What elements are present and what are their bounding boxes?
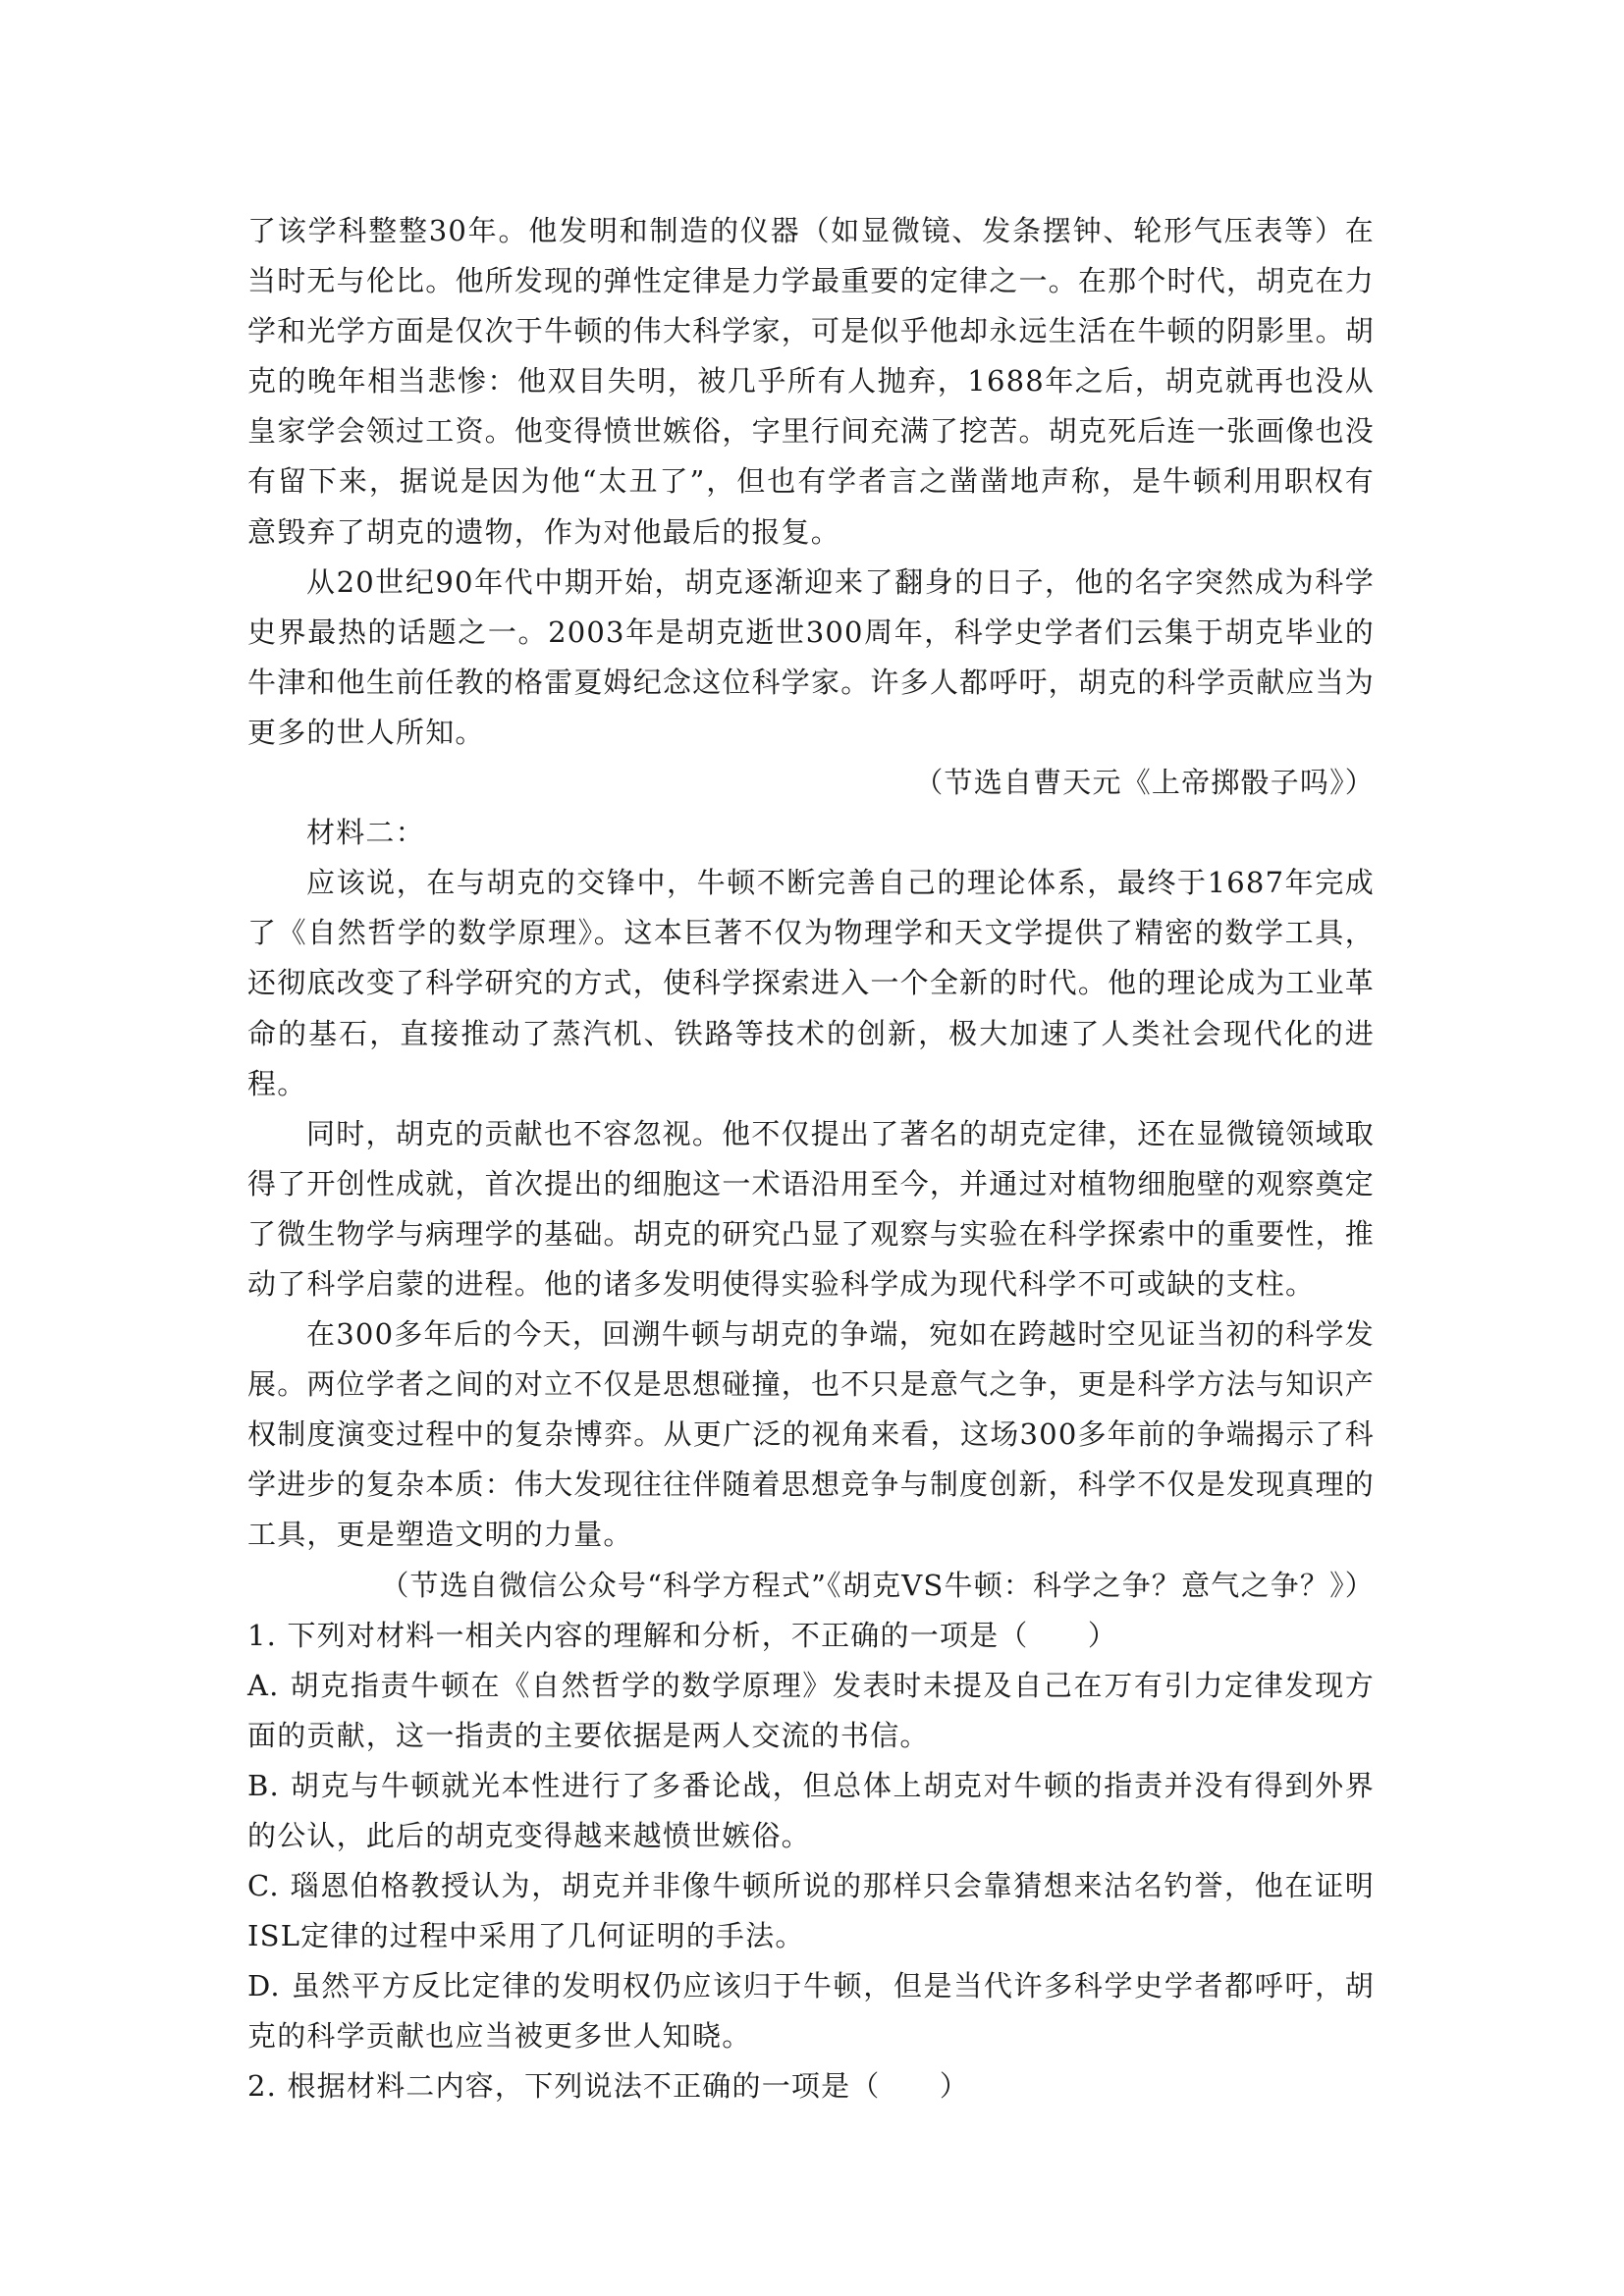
option-d: D. 虽然平方反比定律的发明权仍应该归于牛顿，但是当代许多科学史学者都呼吁，胡克… (247, 1961, 1375, 2061)
material-one-paragraph: 从20世纪90年代中期开始，胡克逐渐迎来了翻身的日子，他的名字突然成为科学史界最… (247, 558, 1375, 758)
material-two-paragraph: 在300多年后的今天，回溯牛顿与胡克的争端，宛如在跨越时空见证当初的科学发展。两… (247, 1309, 1375, 1560)
question-stem: 2. 根据材料二内容，下列说法不正确的一项是（ ） (247, 2061, 1375, 2111)
option-c: C. 瑙恩伯格教授认为，胡克并非像牛顿所说的那样只会靠猜想来沽名钓誉，他在证明I… (247, 1861, 1375, 1961)
option-a: A. 胡克指责牛顿在《自然哲学的数学原理》发表时未提及自己在万有引力定律发现方面… (247, 1661, 1375, 1761)
material-two-source: （节选自微信公众号“科学方程式”《胡克VS牛顿：科学之争？意气之争？》） (247, 1561, 1375, 1611)
material-one-source: （节选自曹天元《上帝掷骰子吗》） (247, 758, 1375, 808)
material-one-paragraph-continued: 了该学科整整30年。他发明和制造的仪器（如显微镜、发条摆钟、轮形气压表等）在当时… (247, 206, 1375, 558)
material-two-paragraph: 应该说，在与胡克的交锋中，牛顿不断完善自己的理论体系，最终于1687年完成了《自… (247, 858, 1375, 1108)
question-2: 2. 根据材料二内容，下列说法不正确的一项是（ ） (247, 2061, 1375, 2111)
question-stem: 1. 下列对材料一相关内容的理解和分析，不正确的一项是（ ） (247, 1611, 1375, 1661)
question-1: 1. 下列对材料一相关内容的理解和分析，不正确的一项是（ ） A. 胡克指责牛顿… (247, 1611, 1375, 2062)
document-page: 了该学科整整30年。他发明和制造的仪器（如显微镜、发条摆钟、轮形气压表等）在当时… (247, 206, 1375, 2112)
material-two-paragraph: 同时，胡克的贡献也不容忽视。他不仅提出了著名的胡克定律，还在显微镜领域取得了开创… (247, 1109, 1375, 1309)
option-b: B. 胡克与牛顿就光本性进行了多番论战，但总体上胡克对牛顿的指责并没有得到外界的… (247, 1761, 1375, 1861)
material-two-label: 材料二： (247, 808, 1375, 858)
